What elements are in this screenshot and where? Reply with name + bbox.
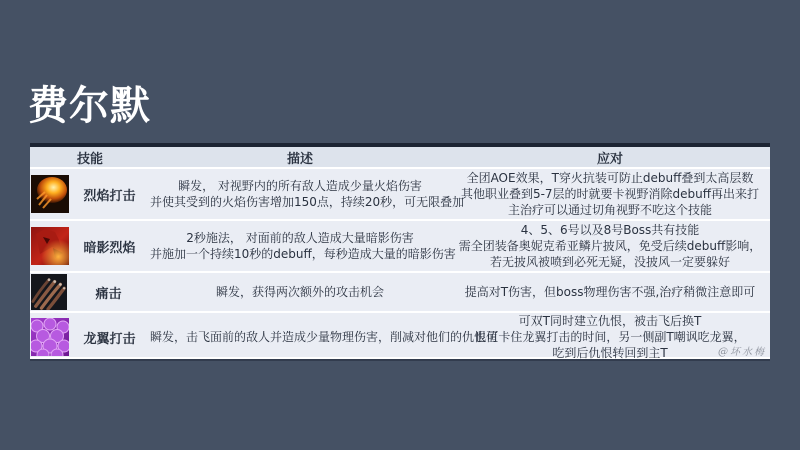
counter-line: 全团AOE效果，T穿火抗装可防止debuff叠到太高层数 [450, 170, 770, 186]
counter-line: 可双T同时建立仇恨，被击飞后换T [450, 313, 770, 329]
table-row: 烈焰打击 瞬发， 对视野内的所有敌人造成少量火焰伤害 并使其受到的火焰伤害增加1… [30, 167, 770, 219]
table-header-row: 技能 描述 应对 [30, 147, 770, 167]
description-cell: 2秒施法， 对面前的敌人造成大量暗影伤害 并施加一个持续10秒的debuff，每… [150, 230, 450, 262]
shadow-flame-icon [31, 227, 69, 265]
counter-line: 其他职业叠到5-7层的时就要卡视野消除debuff再出来打 [450, 186, 770, 202]
description-cell: 瞬发， 对视野内的所有敌人造成少量火焰伤害 并使其受到的火焰伤害增加150点，持… [150, 178, 450, 210]
counter-line: 提高对T伤害，但boss物理伤害不强,治疗稍微注意即可 [450, 284, 770, 300]
description-cell: 瞬发，击飞面前的敌人并造成少量物理伤害，削减对他们的仇恨值 [150, 329, 450, 345]
skill-name: 暗影烈焰 [69, 237, 150, 256]
counter-cell: 全团AOE效果，T穿火抗装可防止debuff叠到太高层数 其他职业叠到5-7层的… [450, 170, 770, 218]
skill-cell: 痛击 [30, 273, 150, 311]
table-row: 痛击 瞬发，获得两次额外的攻击机会 提高对T伤害，但boss物理伤害不强,治疗稍… [30, 271, 770, 311]
table-row: 暗影烈焰 2秒施法， 对面前的敌人造成大量暗影伤害 并施加一个持续10秒的deb… [30, 219, 770, 271]
page-title: 费尔默 [28, 84, 151, 128]
column-header-counter: 应对 [450, 148, 770, 167]
skill-cell: 龙翼打击 [30, 313, 150, 361]
author-watermark: @坏水梅 [718, 343, 766, 358]
description-line: 瞬发，获得两次额外的攻击机会 [150, 284, 450, 300]
skill-name: 龙翼打击 [69, 328, 150, 347]
skill-name: 痛击 [67, 283, 150, 302]
flame-strike-icon [31, 175, 69, 213]
description-line: 瞬发， 对视野内的所有敌人造成少量火焰伤害 [150, 178, 450, 194]
slide: 费尔默 技能 描述 应对 [0, 0, 800, 450]
skill-name: 烈焰打击 [69, 185, 150, 204]
description-line: 并使其受到的火焰伤害增加150点，持续20秒，可无限叠加 [150, 194, 450, 210]
description-cell: 瞬发，获得两次额外的攻击机会 [150, 284, 450, 300]
description-line: 并施加一个持续10秒的debuff，每秒造成大量的暗影伤害 [150, 246, 450, 262]
counter-cell: 4、5、6号以及8号Boss共有技能 需全团装备奥妮克希亚鳞片披风，免受后续de… [450, 222, 770, 270]
counter-line: 4、5、6号以及8号Boss共有技能 [450, 222, 770, 238]
thrash-icon [31, 274, 67, 310]
counter-line: 需全团装备奥妮克希亚鳞片披风，免受后续debuff影响， [450, 238, 770, 254]
counter-line: 主治疗可以通过切角视野不吃这个技能 [450, 202, 770, 218]
skill-cell: 暗影烈焰 [30, 221, 150, 271]
description-line: 2秒施法， 对面前的敌人造成大量暗影伤害 [150, 230, 450, 246]
column-header-description: 描述 [150, 148, 450, 167]
wing-buffet-icon [31, 318, 69, 356]
skill-table: 技能 描述 应对 烈焰打击 [30, 143, 770, 359]
counter-line: 若无披风被喷到必死无疑，没披风一定要躲好 [450, 254, 770, 270]
skill-cell: 烈焰打击 [30, 169, 150, 219]
counter-cell: 提高对T伤害，但boss物理伤害不强,治疗稍微注意即可 [450, 284, 770, 300]
column-header-skill: 技能 [30, 148, 150, 167]
description-line: 瞬发，击飞面前的敌人并造成少量物理伤害，削减对他们的仇恨值 [150, 329, 450, 345]
table-row: 龙翼打击 瞬发，击飞面前的敌人并造成少量物理伤害，削减对他们的仇恨值 可双T同时… [30, 311, 770, 357]
